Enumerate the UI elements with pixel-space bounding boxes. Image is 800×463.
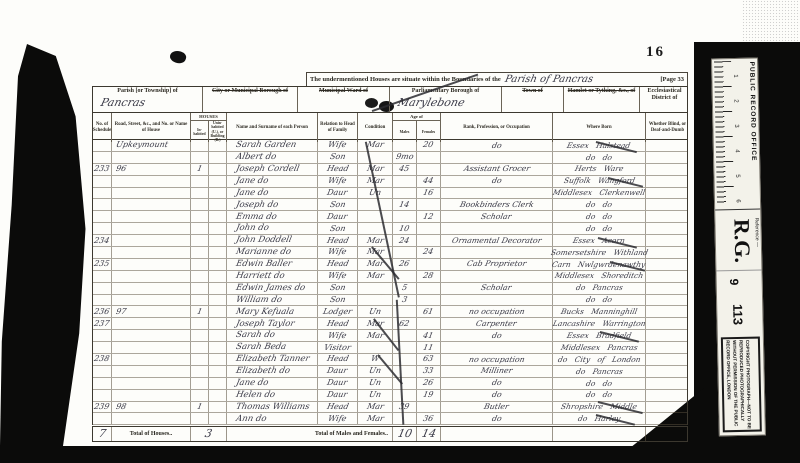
ruler-number: 1 [732, 74, 738, 77]
cell-inh [191, 176, 209, 187]
cell-agef: 26 [417, 378, 441, 389]
rel-value: Son [329, 296, 346, 304]
cell-blind [646, 140, 689, 151]
rel-value: Visitor [323, 344, 351, 352]
cell-name: Mary Kefuala [227, 306, 318, 317]
cell-agef [417, 402, 441, 413]
cell-inh: 1 [191, 306, 209, 317]
sched-value: 239 [94, 403, 111, 411]
occ-value: do [491, 332, 502, 340]
cell-agef [417, 223, 441, 234]
cell-name: Helen do [227, 390, 318, 401]
cell-rel: Lodger [318, 306, 358, 317]
name-value: Ann do [235, 415, 267, 424]
cell-street [112, 223, 191, 234]
cell-sched [93, 378, 112, 389]
cell-agef: 36 [417, 413, 441, 424]
rel-value: Head [326, 260, 349, 268]
born-value: do do [585, 391, 613, 399]
name-value: Joseph Taylor [235, 320, 295, 329]
cell-rel: Son [318, 223, 358, 234]
cell-occ: do [441, 413, 553, 424]
table-row: Harriett doWifeMar28Middlesex Shoreditch [93, 271, 687, 283]
cell-name: Sarah Garden [227, 140, 318, 151]
inh-value: 1 [196, 403, 203, 411]
street-value: 96 [115, 165, 127, 173]
cell-inh [191, 140, 209, 151]
sched-value: 233 [94, 165, 111, 173]
cell-name: Marianne do [227, 247, 318, 258]
cell-sched [93, 342, 112, 353]
cell-cond: Mar [358, 271, 393, 282]
cell-name: Jane do [227, 176, 318, 187]
cell-street [112, 295, 191, 306]
cell-rel: Wife [318, 330, 358, 341]
cell-occ: Scholar [441, 283, 553, 294]
cell-sched: 234 [93, 235, 112, 246]
cell-uninh [209, 402, 227, 413]
cell-inh [191, 152, 209, 163]
cell-inh [191, 330, 209, 341]
table-row: John doSon10do do [93, 223, 687, 235]
cell-sched [93, 247, 112, 258]
rel-value: Wife [327, 415, 347, 423]
cell-occ [441, 223, 553, 234]
agef-value: 16 [423, 189, 435, 197]
cell-sched: 235 [93, 259, 112, 270]
cell-name: Sarah Beda [227, 342, 318, 353]
cell-born: Herts Ware [553, 164, 646, 175]
cell-street [112, 259, 191, 270]
cell-born: do Pancras [553, 366, 646, 377]
cell-uninh [209, 140, 227, 151]
cell-inh [191, 342, 209, 353]
rel-value: Wife [327, 248, 347, 256]
col-relation: Relation to Head of Family [318, 113, 358, 142]
name-value: Thomas Williams [235, 403, 310, 412]
col-houses: HOUSES [191, 113, 226, 121]
cell-rel: Wife [318, 140, 358, 151]
cell-cond [358, 342, 393, 353]
cell-inh [191, 259, 209, 270]
cell-occ [441, 295, 553, 306]
cell-name: John do [227, 223, 318, 234]
rel-value: Head [326, 165, 349, 173]
cell-agef: 33 [417, 366, 441, 377]
occ-value: do [491, 177, 502, 185]
col-road: Road, Street, &c., and No. or Name of Ho… [112, 113, 191, 142]
table-body: UpkeymountSarah GardenWifeMar20doEssex H… [92, 140, 688, 425]
copyright-text: COPYRIGHT PHOTOGRAPH—NOT TO BE REPRODUCE… [723, 339, 753, 433]
cell-uninh [209, 223, 227, 234]
agef-value: 28 [423, 272, 435, 280]
col-age-group: Age of Males Females [393, 113, 441, 142]
agef-value: 33 [423, 367, 435, 375]
agef-value: 36 [423, 415, 435, 423]
name-value: Edwin Baller [235, 260, 292, 269]
cell-sched [93, 295, 112, 306]
cell-blind [646, 247, 689, 258]
cell-rel: Visitor [318, 342, 358, 353]
name-value: Sarah Beda [235, 343, 287, 352]
agem-value: 62 [399, 320, 411, 328]
cell-schedule-total: 7 [93, 427, 112, 441]
district-field-value: Pancras [99, 96, 146, 109]
agef-value: 26 [423, 379, 435, 387]
cell-empty [441, 427, 553, 441]
cell-agem: 9mo [393, 152, 417, 163]
cell-name: Jane do [227, 188, 318, 199]
name-value: Elizabeth Tanner [235, 355, 310, 364]
rel-value: Head [326, 237, 349, 245]
table-row: 238Elizabeth TannerHeadW63no occupationd… [93, 354, 687, 366]
rel-value: Wife [327, 177, 347, 185]
rel-value: Head [326, 320, 349, 328]
rel-value: Lodger [322, 308, 353, 316]
cell-inh [191, 247, 209, 258]
district-field: Hamlet or Tything, &c., of [564, 87, 640, 112]
cond-value: Mar [366, 260, 384, 268]
cell-born: do do [553, 199, 646, 210]
photo-backdrop-left [0, 44, 90, 446]
cell-uninh [209, 295, 227, 306]
cell-occ [441, 188, 553, 199]
district-field-label: Municipal Ward of [300, 88, 387, 95]
agem-value: 26 [399, 260, 411, 268]
cell-occ: do [441, 176, 553, 187]
cell-name: Harriett do [227, 271, 318, 282]
cell-blind [646, 199, 689, 210]
rel-value: Wife [327, 332, 347, 340]
cell-born: Middlesex Pancras [553, 342, 646, 353]
cell-uninh [209, 413, 227, 424]
cell-rel: Head [318, 259, 358, 270]
name-value: Sarah do [235, 331, 276, 340]
agef-value: 61 [423, 308, 435, 316]
table-row: William doSon3do do [93, 295, 687, 307]
table-row: Jane doDaurUn26dodo do [93, 378, 687, 390]
col-males: Males [393, 121, 417, 142]
cell-agem [393, 176, 417, 187]
cell-cond [358, 211, 393, 222]
cell-uninh [209, 330, 227, 341]
piece-number: 113 [730, 304, 745, 325]
cell-agem [393, 390, 417, 401]
occ-value: Milliner [480, 367, 513, 375]
cell-born: Bucks Manninghill [553, 306, 646, 317]
cell-sched [93, 140, 112, 151]
name-value: Elizabeth do [235, 367, 291, 376]
table-row: Emma doDaur12Scholardo do [93, 211, 687, 223]
cell-inh [191, 378, 209, 389]
cell-inh [191, 199, 209, 210]
cell-agef: 63 [417, 354, 441, 365]
reference-label: Reference — [753, 218, 760, 248]
occ-value: Butler [483, 403, 509, 411]
cell-sched [93, 199, 112, 210]
cell-occ: no occupation [441, 354, 553, 365]
cell-occ: Ornamental Decorator [441, 235, 553, 246]
cell-cond [358, 295, 393, 306]
district-field-label: Parliamentary Borough of [392, 88, 499, 95]
cell-blind [646, 223, 689, 234]
col-age: Age of [393, 113, 440, 121]
agef-value: 12 [423, 213, 435, 221]
cell-cond: Mar [358, 413, 393, 424]
born-value: Herts Ware [574, 165, 624, 173]
occ-value: Scholar [481, 213, 513, 221]
cell-occ: do [441, 140, 553, 151]
cell-street [112, 247, 191, 258]
sched-value: 236 [94, 308, 111, 316]
rel-value: Head [326, 403, 349, 411]
cell-agem: 39 [393, 402, 417, 413]
cell-street [112, 271, 191, 282]
table-row: 239981Thomas WilliamsHeadMar39ButlerShro… [93, 402, 687, 414]
cell-uninh [209, 235, 227, 246]
agem-value: 45 [399, 165, 411, 173]
cell-inh [191, 271, 209, 282]
occ-value: Ornamental Decorator [451, 237, 542, 245]
cell-name: Albert do [227, 152, 318, 163]
cell-agem [393, 413, 417, 424]
cell-rel: Son [318, 199, 358, 210]
cell-inh [191, 413, 209, 424]
ruler: PUBLIC RECORD OFFICE 123456 [712, 59, 760, 211]
cell-occ: Scholar [441, 211, 553, 222]
cell-street [112, 378, 191, 389]
ruler-number: 6 [735, 199, 741, 202]
cell-uninh [209, 211, 227, 222]
cell-blind [646, 306, 689, 317]
cell-rel: Wife [318, 271, 358, 282]
cell-blind [646, 318, 689, 329]
name-value: Helen do [235, 391, 276, 400]
cell-born: do do [553, 378, 646, 389]
name-value: Harriett do [235, 272, 285, 281]
cell-born: do do [553, 295, 646, 306]
cell-houses-label: Total of Houses.. [112, 427, 191, 441]
cell-cond [358, 152, 393, 163]
occ-value: Bookbinders Clerk [459, 201, 534, 209]
cell-name: Edwin James do [227, 283, 318, 294]
occ-value: do [491, 391, 502, 399]
agef-value: 41 [423, 332, 435, 340]
cell-inh [191, 283, 209, 294]
cell-sched: 233 [93, 164, 112, 175]
agem-value: 5 [401, 284, 408, 292]
name-value: Jane do [235, 189, 269, 198]
cell-blind [646, 176, 689, 187]
cell-street: 98 [112, 402, 191, 413]
cell-sched [93, 366, 112, 377]
page-reference: [Page 33 [660, 76, 684, 83]
cond-value: Mar [366, 141, 384, 149]
district-field-label: Town of [504, 88, 561, 95]
cell-uninh [209, 199, 227, 210]
cell-street [112, 330, 191, 341]
street-value: 98 [115, 403, 127, 411]
cell-sched: 236 [93, 306, 112, 317]
ruler-number: 3 [733, 124, 739, 127]
agef-value: 20 [423, 141, 435, 149]
cell-occ: do [441, 390, 553, 401]
col-name: Name and Surname of each Person [227, 113, 318, 142]
cell-occ: no occupation [441, 306, 553, 317]
cell-street [112, 199, 191, 210]
table-row: Sarah BedaVisitor11Middlesex Pancras [93, 342, 687, 354]
cell-agem [393, 247, 417, 258]
cell-blind [646, 283, 689, 294]
agef-value: 63 [423, 355, 435, 363]
cell-born: Suffolk Wangford [553, 176, 646, 187]
cell-agef [417, 152, 441, 163]
cell-agef [417, 259, 441, 270]
cell-rel: Wife [318, 176, 358, 187]
cell-street: Upkeymount [112, 140, 191, 151]
cell-inh [191, 188, 209, 199]
cell-born: do do [553, 152, 646, 163]
col-born: Where Born [553, 113, 646, 142]
cell-sched [93, 283, 112, 294]
rel-value: Daur [327, 379, 349, 387]
agem-value: 24 [399, 237, 411, 245]
table-row: 233961Joseph CordellHeadMar45Assistant G… [93, 164, 687, 176]
sched-value: 238 [94, 355, 111, 363]
cell-uninh [209, 283, 227, 294]
cell-born: do do [553, 223, 646, 234]
table-row: Joseph doSon14Bookbinders Clerkdo do [93, 199, 687, 211]
cell-sched [93, 176, 112, 187]
cond-value: Un [368, 308, 382, 316]
cell-street [112, 188, 191, 199]
cell-agef [417, 283, 441, 294]
cell-uninh [209, 342, 227, 353]
cell-street [112, 283, 191, 294]
agef-value: 19 [423, 391, 435, 399]
district-field: Ecclesiastical District of [640, 87, 689, 112]
district-field: Town of [502, 87, 564, 112]
col-uninhabited: Unin-habited (U.), or Building (B.) [209, 121, 226, 142]
cell-agef: 11 [417, 342, 441, 353]
cell-blind [646, 402, 689, 413]
born-value: Middlesex Pancras [560, 344, 638, 352]
col-schedule: No. of Schedule [93, 113, 112, 142]
cell-cond [358, 223, 393, 234]
agem-value: 14 [399, 201, 411, 209]
cond-value: Mar [366, 165, 384, 173]
cell-houses-total: 3 [191, 427, 227, 441]
cell-street [112, 390, 191, 401]
cell-agem [393, 378, 417, 389]
born-value: Middlesex Clerkenwell [552, 189, 646, 197]
cell-rel: Head [318, 318, 358, 329]
ink-blot [169, 49, 188, 65]
cell-name: Joseph Cordell [227, 164, 318, 175]
occ-value: no occupation [468, 356, 525, 364]
rel-value: Daur [327, 367, 349, 375]
cell-agem: 26 [393, 259, 417, 270]
occ-value: Assistant Grocer [463, 165, 531, 173]
table-row: 237Joseph TaylorHeadMar62CarpenterLancas… [93, 318, 687, 330]
census-scan-photograph: 16 The undermentioned Houses are situate… [0, 0, 800, 463]
born-value: do do [585, 296, 613, 304]
occ-value: no occupation [468, 308, 525, 316]
cell-uninh [209, 271, 227, 282]
born-value: Middlesex Shoreditch [554, 272, 644, 280]
cond-value: Mar [366, 332, 384, 340]
name-value: Jane do [235, 379, 269, 388]
schedule-total: 7 [97, 427, 107, 440]
table-row: Helen doDaurUn19dodo do [93, 390, 687, 402]
class-number-block: 9 [716, 270, 761, 295]
cell-uninh [209, 366, 227, 377]
cell-born: do City of London [553, 354, 646, 365]
rel-value: Son [329, 153, 346, 161]
cell-sched [93, 413, 112, 424]
cond-value: Un [368, 367, 382, 375]
cell-cond: Mar [358, 140, 393, 151]
rg-label: R.G. [728, 219, 755, 264]
born-value: Somersetshire Withland [550, 249, 649, 257]
cell-agem [393, 354, 417, 365]
cell-agem [393, 211, 417, 222]
cell-street [112, 176, 191, 187]
cell-occ: Butler [441, 402, 553, 413]
district-field-label: Hamlet or Tything, &c., of [566, 88, 637, 95]
ruler-number: 5 [734, 174, 740, 177]
situate-header: The undermentioned Houses are situate wi… [306, 72, 688, 86]
cell-name: Edwin Baller [227, 259, 318, 270]
cell-rel: Daur [318, 211, 358, 222]
cell-street [112, 354, 191, 365]
sched-value: 237 [94, 320, 111, 328]
cell-agef: 41 [417, 330, 441, 341]
ruler-number: 4 [734, 149, 740, 152]
cell-agef: 20 [417, 140, 441, 151]
born-value: do do [585, 201, 613, 209]
rg-reference-block: R.G. Reference — [715, 209, 761, 271]
cell-agem [393, 330, 417, 341]
inh-value: 1 [196, 165, 203, 173]
cell-rel: Son [318, 152, 358, 163]
cell-rel: Head [318, 354, 358, 365]
cell-occ: Cab Proprietor [441, 259, 553, 270]
cell-sched [93, 390, 112, 401]
rel-value: Son [329, 201, 346, 209]
cell-rel: Daur [318, 390, 358, 401]
col-inhabited: In-habited [191, 121, 209, 142]
occ-value: Scholar [481, 284, 513, 292]
district-field: City or Municipal Borough of [203, 87, 298, 112]
ruler-number: 2 [733, 99, 739, 102]
cell-occ: Bookbinders Clerk [441, 199, 553, 210]
cell-inh [191, 211, 209, 222]
cell-street [112, 318, 191, 329]
cell-sched [93, 188, 112, 199]
cell-name: John Doddell [227, 235, 318, 246]
cell-agef: 19 [417, 390, 441, 401]
cell-agef [417, 199, 441, 210]
cell-street [112, 342, 191, 353]
cell-blind [646, 330, 689, 341]
name-value: John Doddell [235, 236, 292, 245]
cell-uninh [209, 152, 227, 163]
cell-agem: 24 [393, 235, 417, 246]
cell-born: do do [553, 390, 646, 401]
ruler-ticks-major [714, 61, 734, 205]
cell-street [112, 235, 191, 246]
